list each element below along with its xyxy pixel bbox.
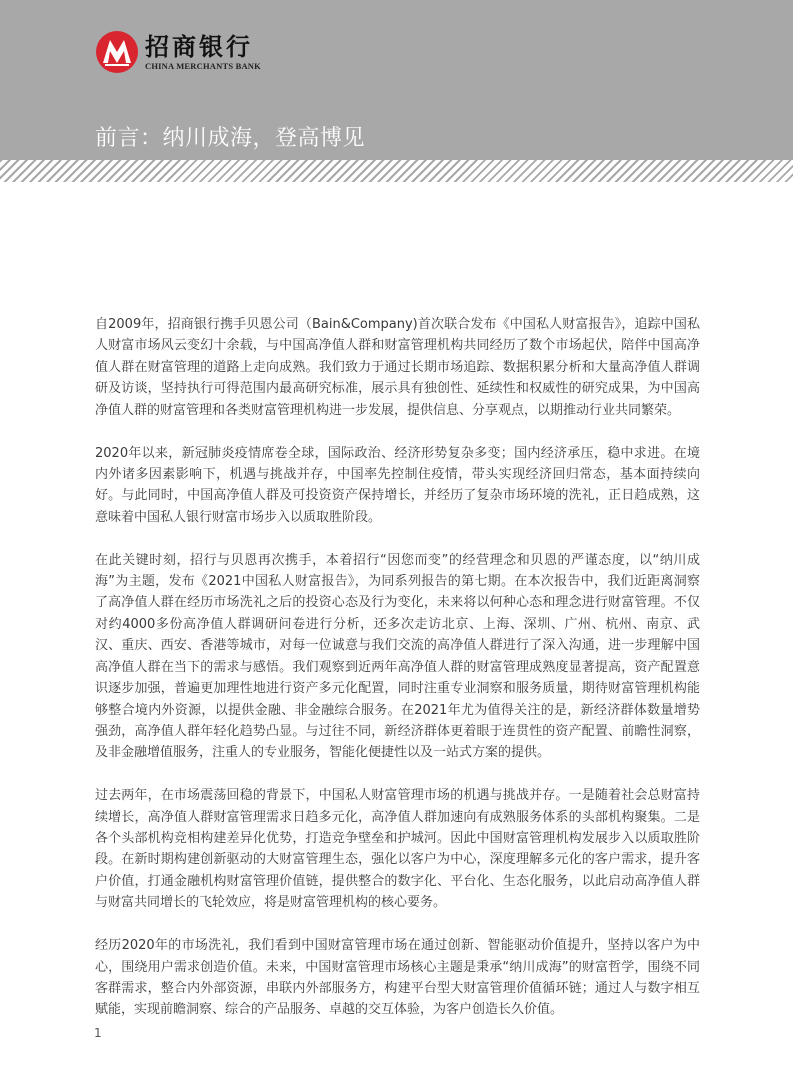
page-number: 1 bbox=[94, 1026, 102, 1040]
paragraph: 自2009年，招商银行携手贝恩公司（Bain&Company)首次联合发布《中国… bbox=[95, 314, 700, 421]
page-header: 招商银行 CHINA MERCHANTS BANK 前言：纳川成海，登高博见 bbox=[0, 0, 793, 160]
paragraph: 经历2020年的市场洗礼，我们看到中国财富管理市场在通过创新、智能驱动价值提升，… bbox=[95, 935, 700, 1021]
logo-name-en: CHINA MERCHANTS BANK bbox=[145, 61, 261, 71]
cmb-logo-icon bbox=[95, 30, 139, 74]
page-title: 前言：纳川成海，登高博见 bbox=[95, 124, 365, 154]
logo-name-cn: 招商银行 bbox=[145, 33, 261, 61]
paragraph: 过去两年，在市场震荡回稳的背景下，中国私人财富管理市场的机遇与挑战并存。一是随着… bbox=[95, 785, 700, 913]
body-text: 自2009年，招商银行携手贝恩公司（Bain&Company)首次联合发布《中国… bbox=[95, 314, 700, 1042]
bank-logo: 招商银行 CHINA MERCHANTS BANK bbox=[95, 30, 261, 74]
paragraph: 2020年以来，新冠肺炎疫情席卷全球，国际政治、经济形势复杂多变；国内经济承压，… bbox=[95, 443, 700, 529]
striped-divider bbox=[0, 160, 793, 182]
paragraph: 在此关键时刻，招行与贝恩再次携手，本着招行“因您而变”的经营理念和贝恩的严谨态度… bbox=[95, 550, 700, 764]
